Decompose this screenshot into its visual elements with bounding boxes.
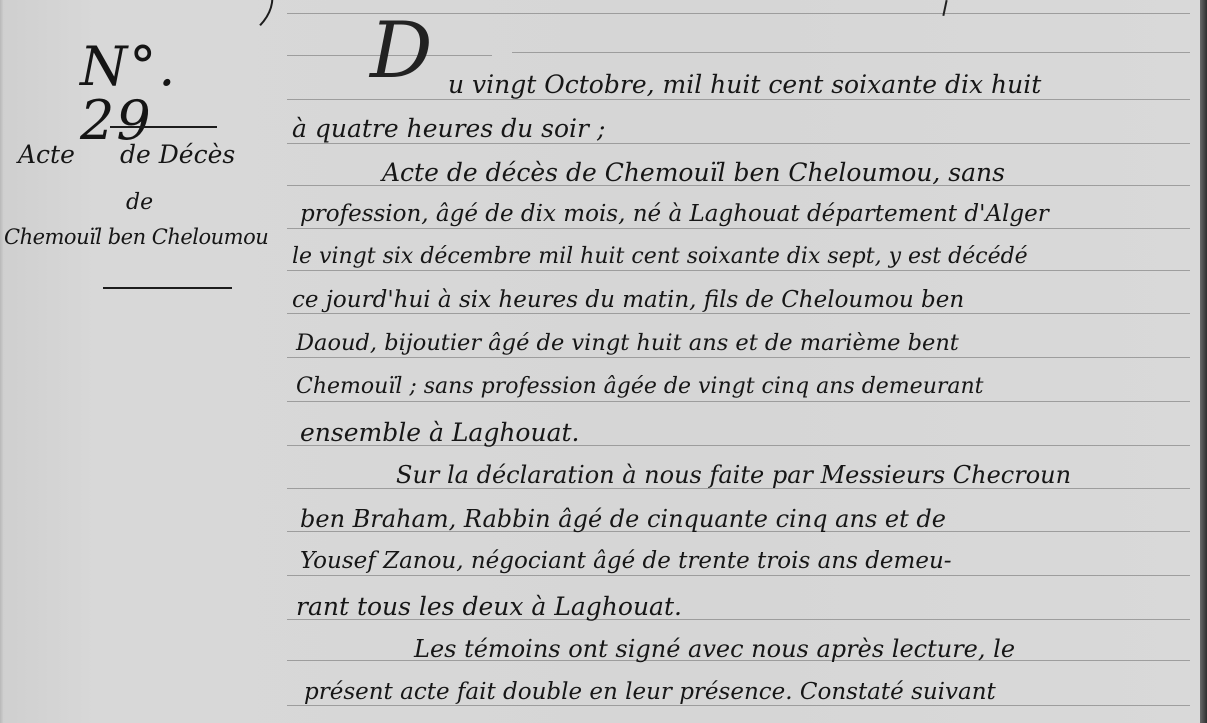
ruled-line: [287, 313, 1190, 314]
text-line-13: rant tous les deux à Laghouat.: [296, 594, 682, 619]
text-line-15: présent acte fait double en leur présenc…: [304, 681, 996, 704]
margin-divider: [103, 287, 232, 289]
text-line-4: profession, âgé de dix mois, né à Laghou…: [300, 203, 1049, 226]
ruled-line: [287, 705, 1190, 706]
text-line-2: à quatre heures du soir ;: [292, 116, 605, 141]
text-line-1: u vingt Octobre, mil huit cent soixante …: [448, 72, 1041, 97]
text-line-5: le vingt six décembre mil huit cent soix…: [292, 246, 1028, 268]
ruled-line: [512, 52, 1190, 53]
margin-title-de: de: [126, 190, 153, 215]
ruled-line: [287, 575, 1190, 576]
drop-capital: D: [370, 12, 433, 90]
page-binding-edge: [1200, 0, 1207, 723]
ruled-line: [287, 401, 1190, 402]
text-line-11: ben Braham, Rabbin âgé de cinquante cinq…: [300, 507, 946, 531]
text-line-3: Acte de décès de Chemouïl ben Cheloumou,…: [382, 160, 1005, 185]
acte-number: N°. 29: [80, 40, 230, 148]
text-line-7: Daoud, bijoutier âgé de vingt huit ans e…: [296, 332, 959, 355]
margin-title-acte: Acte: [18, 142, 75, 167]
text-line-10: Sur la déclaration à nous faite par Mess…: [396, 463, 1071, 487]
text-line-6: ce jourd'hui à six heures du matin, fils…: [292, 289, 964, 312]
margin-divider: [110, 126, 217, 128]
text-line-12: Yousef Zanou, négociant âgé de trente tr…: [300, 550, 952, 573]
ruled-line: [287, 228, 1190, 229]
ruled-line: [287, 143, 1190, 144]
text-line-8: Chemouïl ; sans profession âgée de vingt…: [296, 376, 984, 398]
margin-deceased-name: Chemouïl ben Cheloumou: [4, 225, 294, 249]
text-line-14: Les témoins ont signé avec nous après le…: [414, 637, 1015, 661]
margin-title-deces: de Décès: [120, 142, 235, 167]
ruled-line: [287, 99, 1190, 100]
ruled-line: [287, 357, 1190, 358]
ruled-line: [287, 270, 1190, 271]
text-line-9: ensemble à Laghouat.: [300, 420, 579, 445]
register-page: N°. 29 Acte de Décès de Chemouïl ben Che…: [0, 0, 1200, 723]
margin-column: N°. 29 Acte de Décès de Chemouïl ben Che…: [0, 0, 285, 723]
